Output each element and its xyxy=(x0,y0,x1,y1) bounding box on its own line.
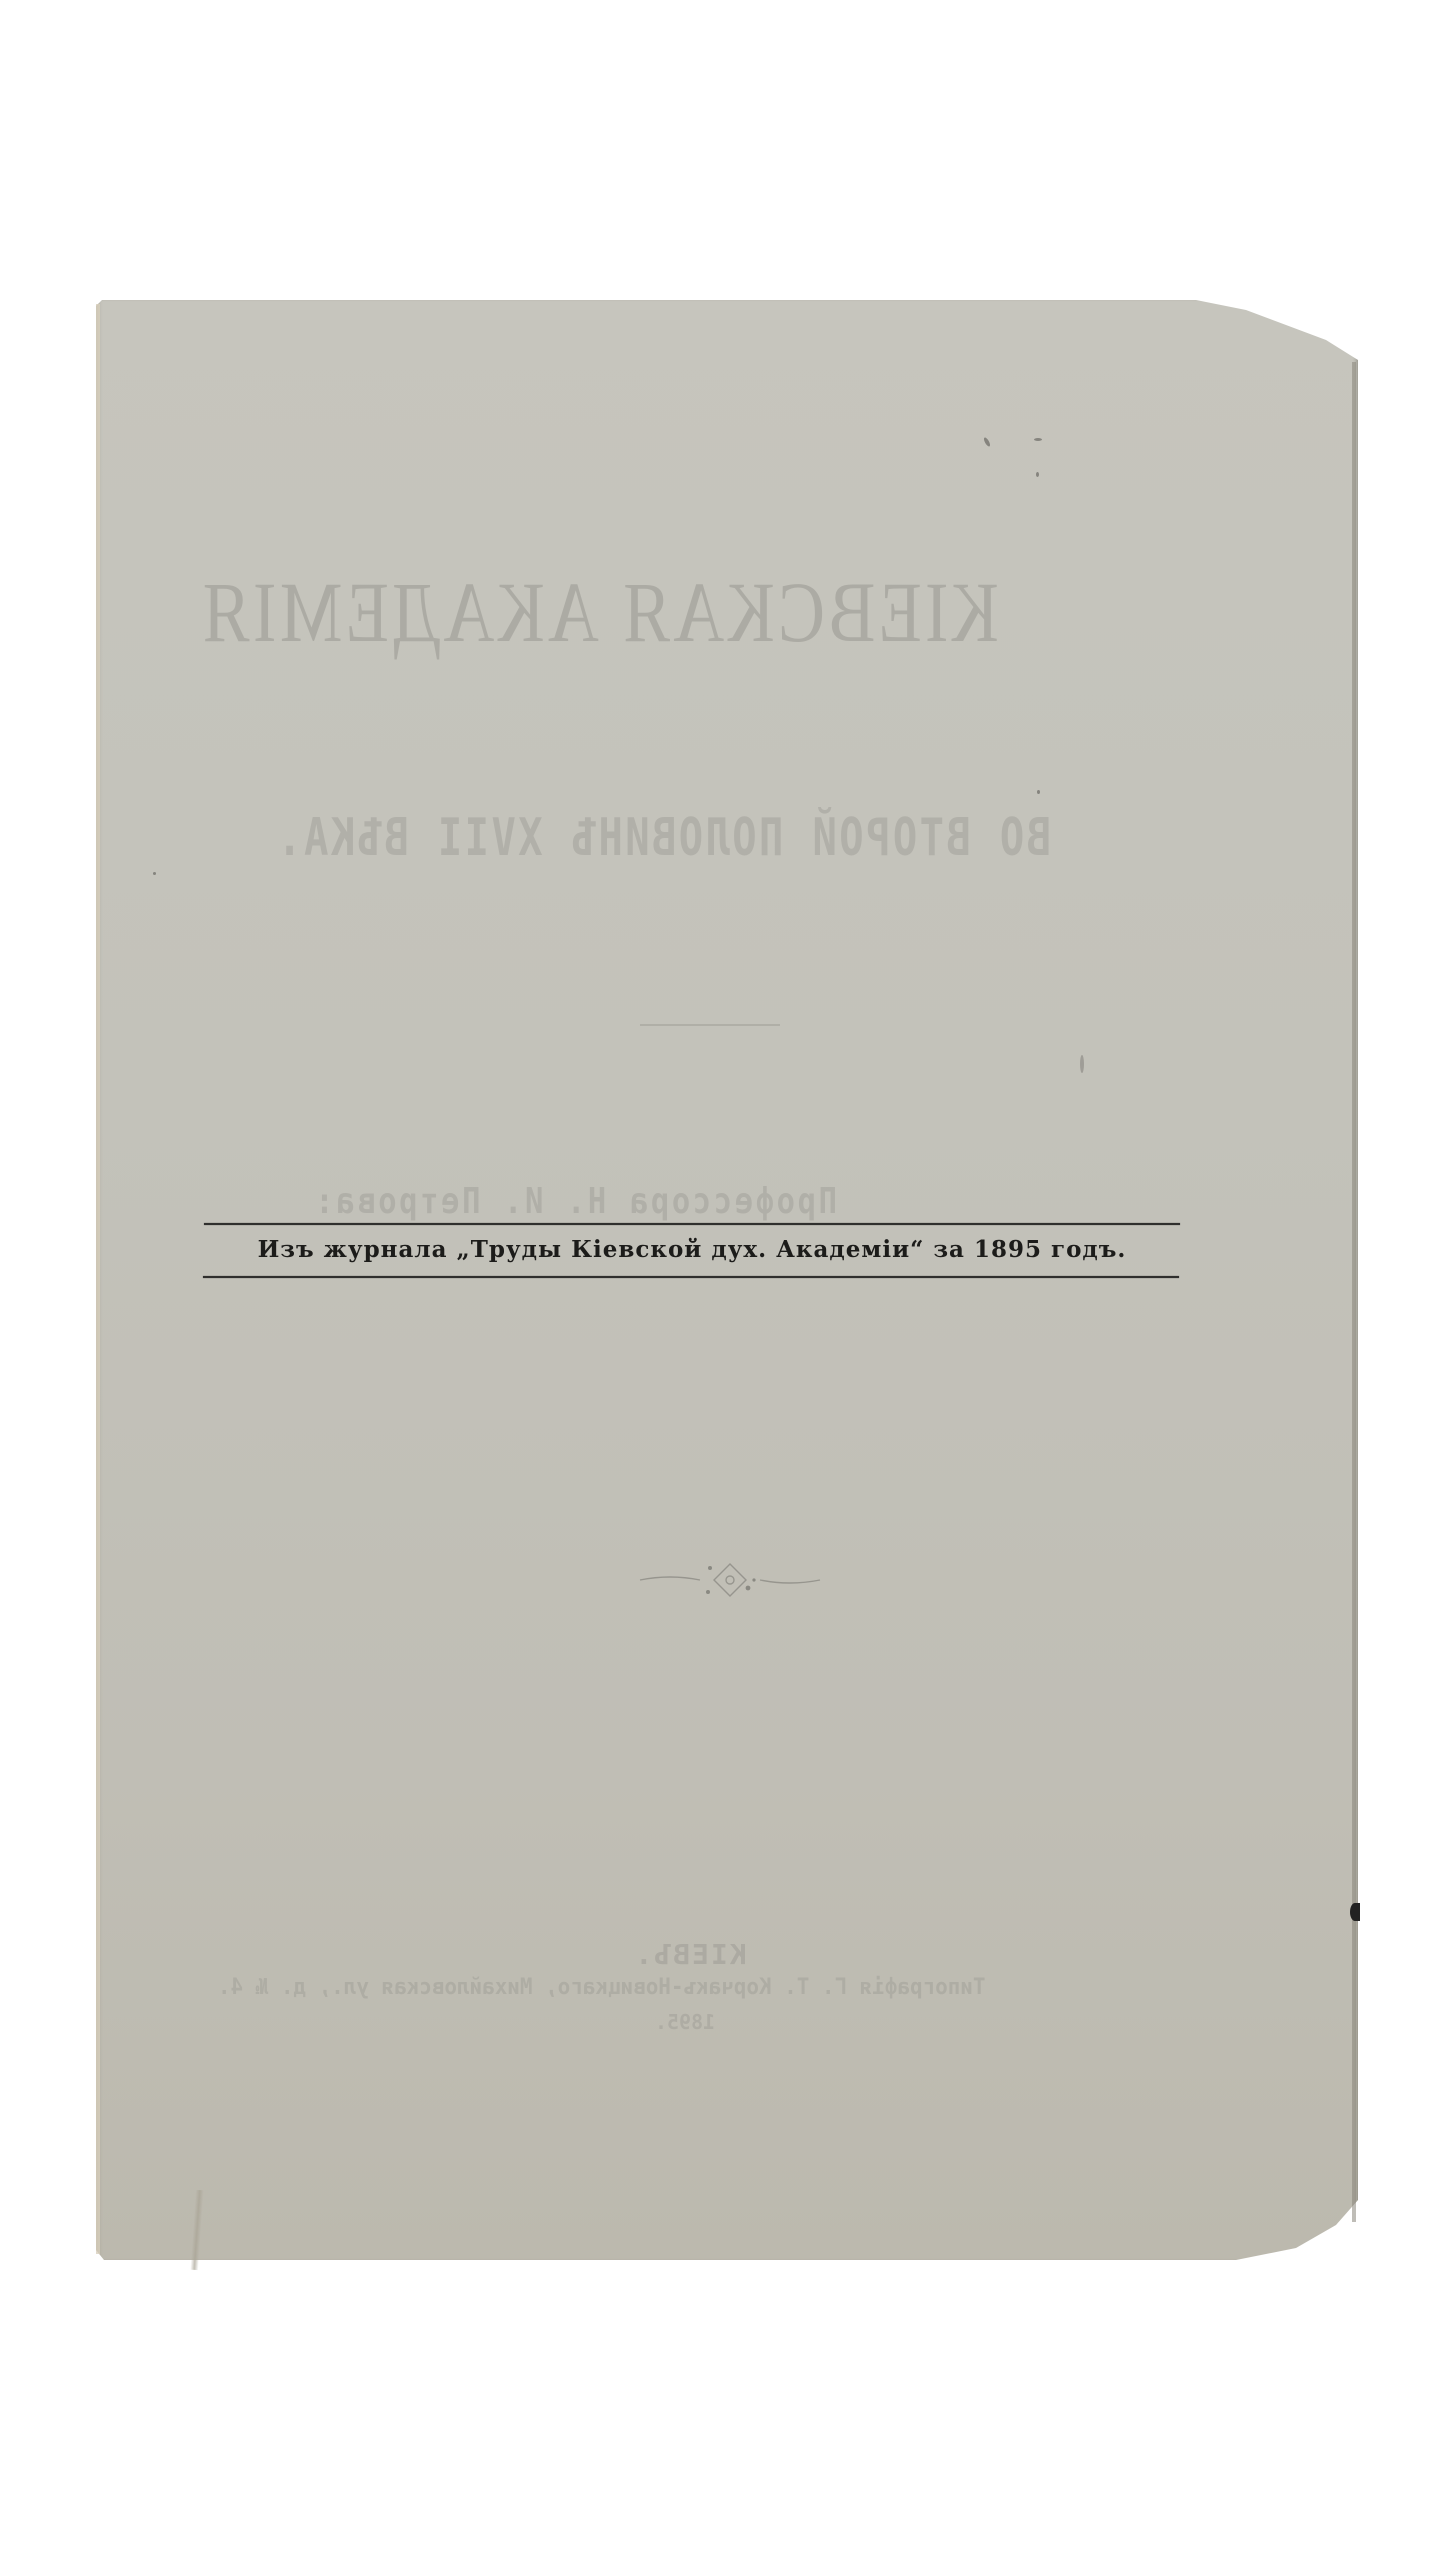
bleed-through-printer: Типографія Г. Т. Корчакъ-Новицкаго, Миха… xyxy=(245,1975,986,2000)
paper-speck xyxy=(153,872,156,875)
journal-source-label: Изъ журнала „Труды Кіевской дух. Академі… xyxy=(204,1230,1180,1270)
page-edge-right xyxy=(1352,362,1356,2222)
bleed-through-author: Профессора Н. И. Петрова: xyxy=(463,1181,837,1222)
ornament-icon xyxy=(630,1560,830,1600)
paper-speck xyxy=(1034,438,1042,441)
page-edge-left xyxy=(96,304,100,2254)
bleed-through-title: КІЕВСКАЯ АКАДЕМІЯ xyxy=(441,562,999,662)
edge-tear-mark xyxy=(1350,1903,1360,1921)
paper-speck xyxy=(1036,472,1039,477)
paper-speck xyxy=(1037,790,1040,794)
bleed-through-city: КІЕВЪ. xyxy=(610,1938,770,1971)
label-rule-bottom xyxy=(203,1276,1179,1278)
label-rule-top xyxy=(204,1223,1180,1225)
bleed-through-year: 1895. xyxy=(640,2010,730,2034)
bleed-through-rule xyxy=(640,1024,780,1026)
bleed-through-subtitle: ВО ВТОРОЙ ПОЛОВИНѢ XVII ВѢКА. xyxy=(349,808,1051,868)
paper-speck xyxy=(1080,1055,1084,1073)
